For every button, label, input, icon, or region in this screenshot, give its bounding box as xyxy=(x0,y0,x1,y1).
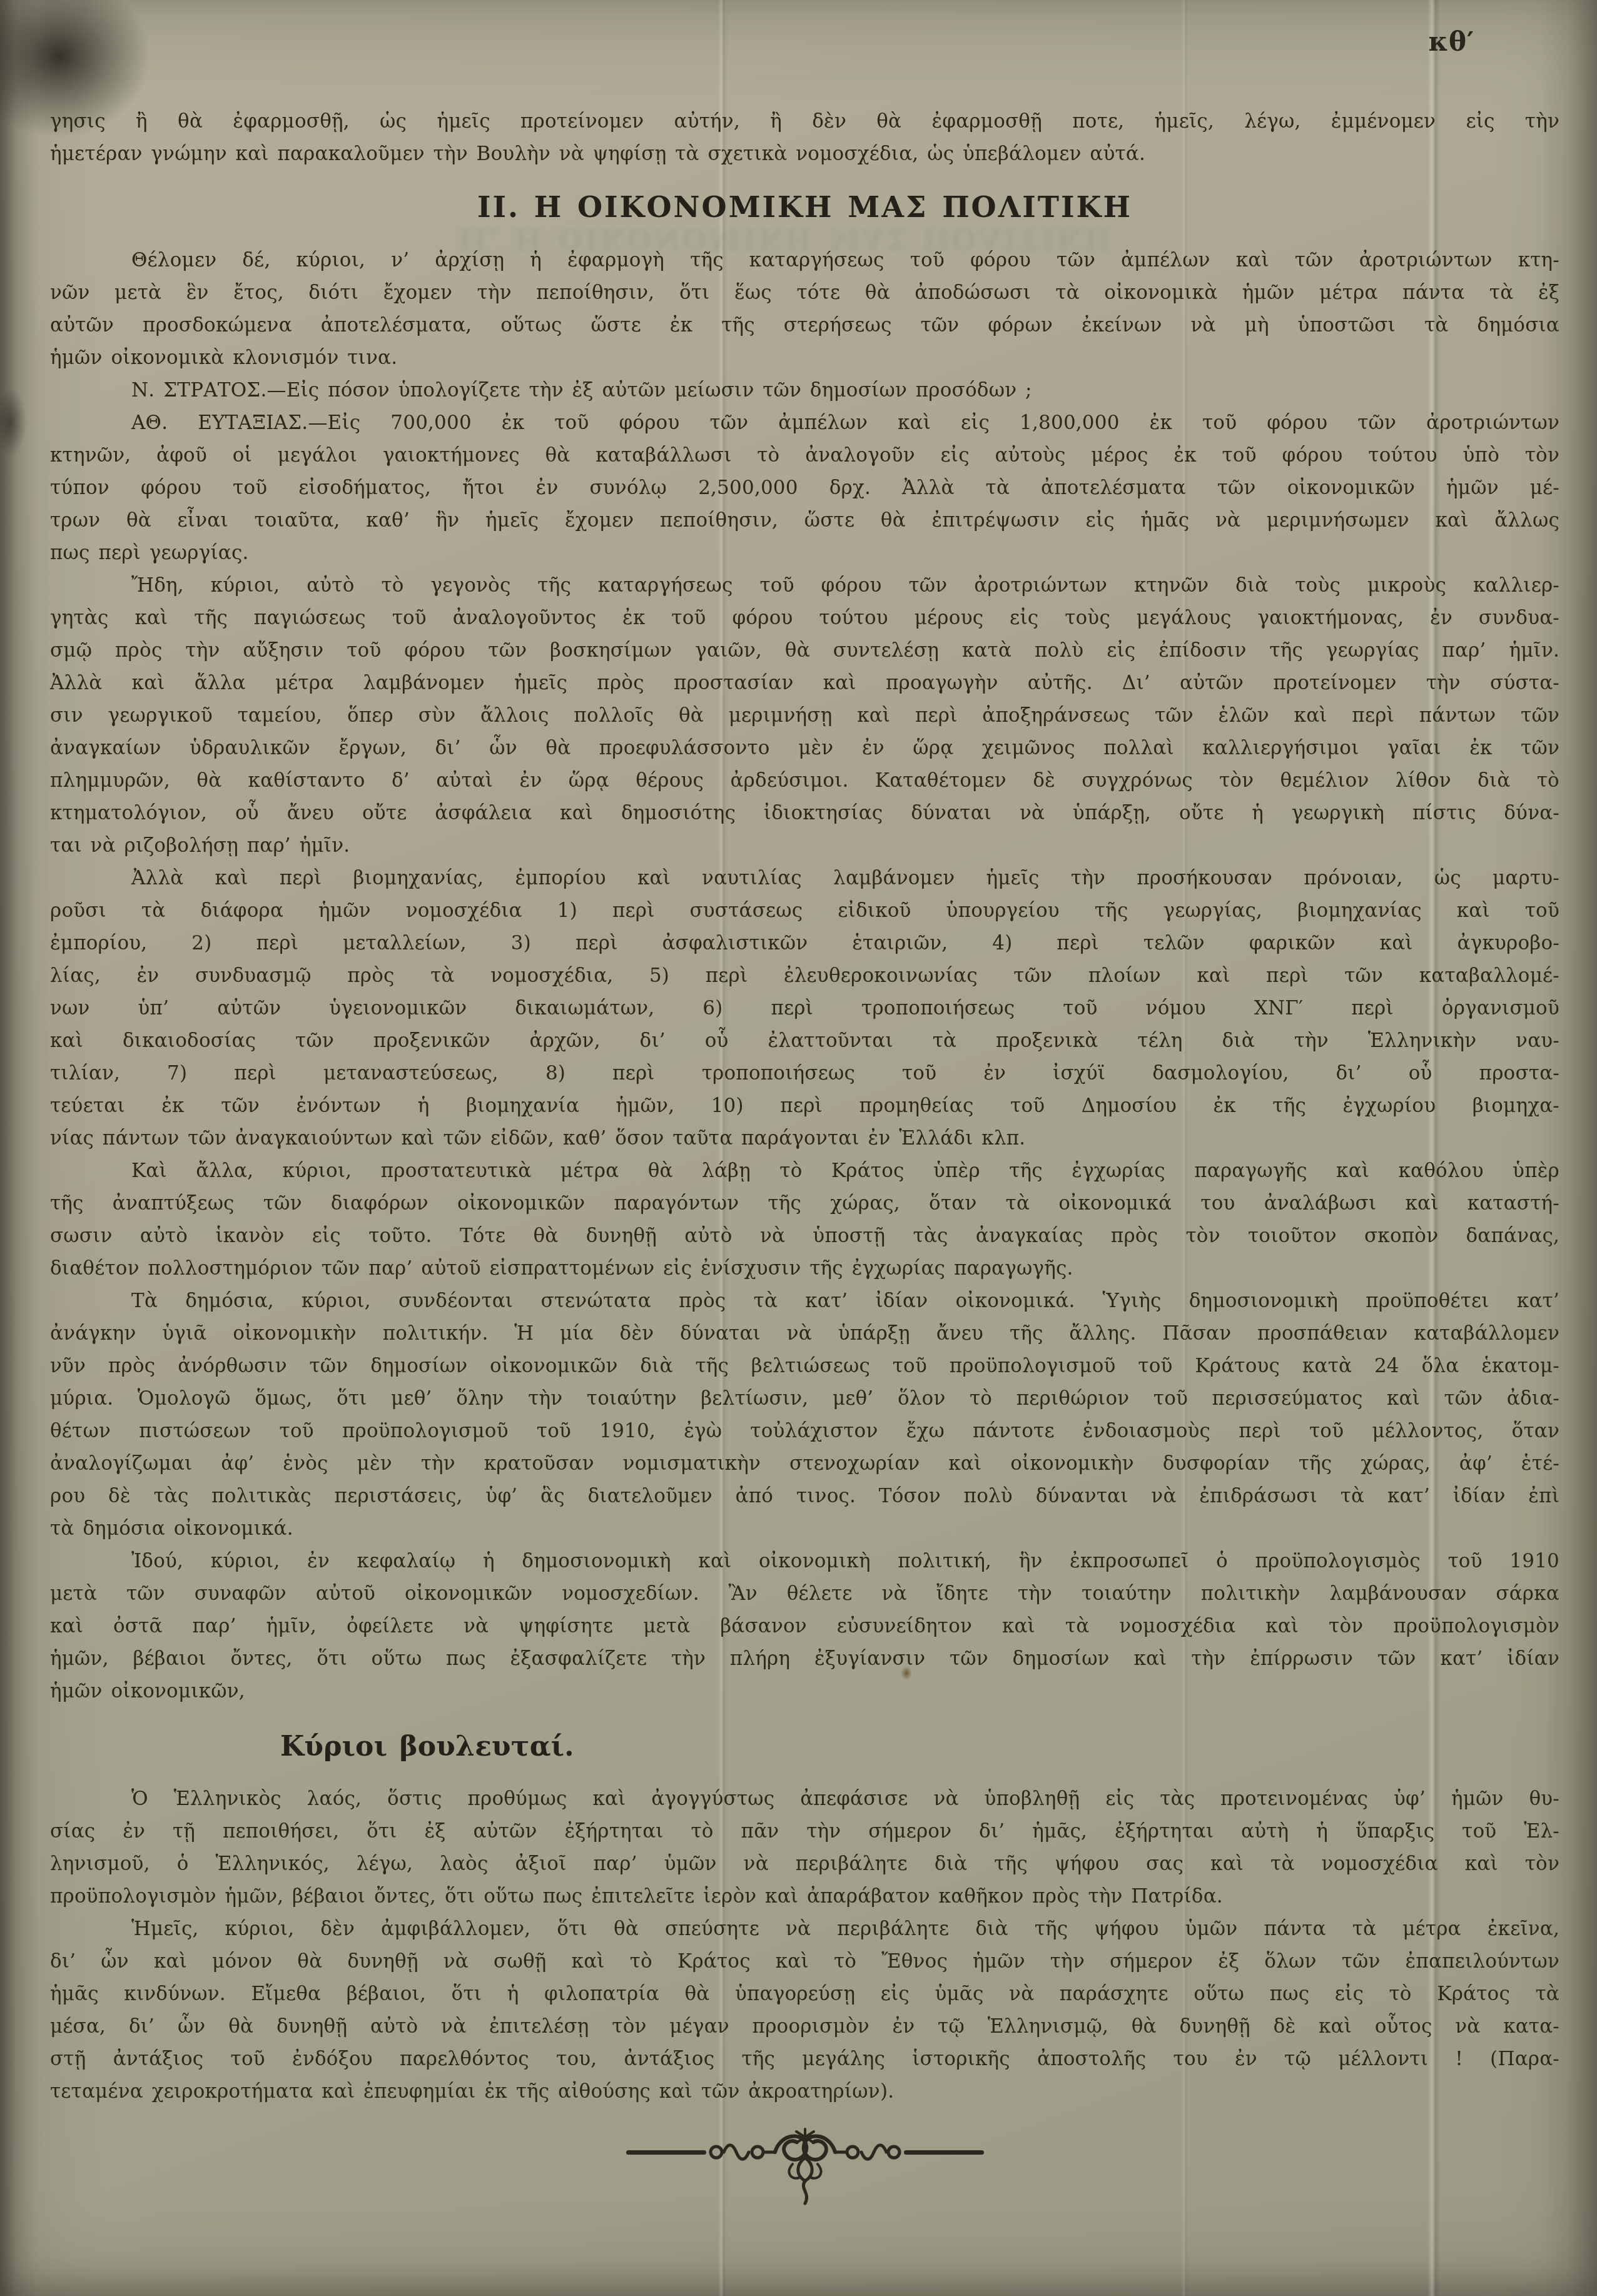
text-line: ται νὰ ριζοβολήσῃ παρ’ ἡμῖν. xyxy=(50,829,1559,862)
text-line: Καὶ ἄλλα, κύριοι, προστατευτικὰ μέτρα θὰ… xyxy=(50,1155,1559,1187)
text-line: ρου δὲ τὰς πολιτικὰς περιστάσεις, ὑφ’ ἃς… xyxy=(50,1480,1559,1512)
text-line: ληνισμοῦ, ὁ Ἑλληνικός, λέγω, λαὸς ἀξιοῖ … xyxy=(50,1848,1559,1880)
paragraph: Ἡμεῖς, κύριοι, δὲν ἀμφιβάλλομεν, ὅτι θὰ … xyxy=(50,1913,1559,2108)
divider-row xyxy=(50,2127,1559,2218)
text-line: καὶ δικαιοδοσίας τῶν προξενικῶν ἀρχῶν, δ… xyxy=(50,1024,1559,1057)
section-heading-wrap: ΙΙ. Η ΟΙΚΟΝΟΜΙΚΗ ΜΑΣ ΠΟΛΙΤΙΚΗΙΙ. Η ΟΙΚΟΝ… xyxy=(50,189,1559,230)
paragraph: Θέλομεν δέ, κύριοι, ν’ ἀρχίσῃ ἡ ἐφαρμογὴ… xyxy=(50,244,1559,374)
text-line: κτηνῶν, ἀφοῦ οἱ μεγάλοι γαιοκτήμονες θὰ … xyxy=(50,439,1559,472)
text-line: θέτων πιστώσεων τοῦ προϋπολογισμοῦ τοῦ 1… xyxy=(50,1415,1559,1447)
text-line: τρων θὰ εἶναι τοιαῦτα, καθ’ ἣν ἡμεῖς ἔχο… xyxy=(50,504,1559,537)
floral-divider-icon xyxy=(624,2127,986,2208)
text-line: διαθέτον πολλοστημόριον τῶν παρ’ αὐτοῦ ε… xyxy=(50,1252,1559,1285)
text-line: σωσιν αὐτὸ ἱκανὸν εἰς τοῦτο. Τότε θὰ δυν… xyxy=(50,1220,1559,1252)
text-line: Τὰ δημόσια, κύριοι, συνδέονται στενώτατα… xyxy=(50,1285,1559,1317)
text-block: γησις ἢ θὰ ἐφαρμοσθῇ, ὡς ἡμεῖς προτείνομ… xyxy=(50,105,1559,2218)
text-line: σμῷ πρὸς τὴν αὔξησιν τοῦ φόρου τῶν βοσκη… xyxy=(50,634,1559,667)
text-line: Ἰδού, κύριοι, ἐν κεφαλαίῳ ἡ δημοσιονομικ… xyxy=(50,1545,1559,1577)
page-number: κθ′ xyxy=(1428,26,1474,57)
text-line: Ἡμεῖς, κύριοι, δὲν ἀμφιβάλλομεν, ὅτι θὰ … xyxy=(50,1913,1559,1945)
paragraph: Ὁ Ἑλληνικὸς λαός, ὅστις προθύμως καὶ ἀγο… xyxy=(50,1783,1559,1913)
text-line: ἡμετέραν γνώμην καὶ παρακαλοῦμεν τὴν Βου… xyxy=(50,138,1559,170)
text-line: νῶν μετὰ ἓν ἔτος, διότι ἔχομεν τὴν πεποί… xyxy=(50,276,1559,309)
text-line: τεύεται ἐκ τῶν ἐνόντων ἡ βιομηχανία ἡμῶν… xyxy=(50,1090,1559,1122)
document-page: κθ′ γησις ἢ θὰ ἐφαρμοσθῇ, ὡς ἡμεῖς προτε… xyxy=(0,0,1597,2296)
text-line: δι’ ὧν καὶ μόνον θὰ δυνηθῇ νὰ σωθῇ καὶ τ… xyxy=(50,1945,1559,1978)
text-line: ΑΘ. ΕΥΤΑΞΙΑΣ.—Εἰς 700,000 ἐκ τοῦ φόρου τ… xyxy=(50,407,1559,439)
text-line: κτηματολόγιον, οὗ ἄνευ οὔτε ἀσφάλεια καὶ… xyxy=(50,797,1559,829)
paragraph: Τὰ δημόσια, κύριοι, συνδέονται στενώτατα… xyxy=(50,1285,1559,1545)
text-line: Θέλομεν δέ, κύριοι, ν’ ἀρχίσῃ ἡ ἐφαρμογὴ… xyxy=(50,244,1559,276)
text-line: ροῦσι τὰ διάφορα ἡμῶν νομοσχέδια 1) περὶ… xyxy=(50,894,1559,927)
text-line: νῦν πρὸς ἀνόρθωσιν τῶν δημοσίων οἰκονομι… xyxy=(50,1350,1559,1382)
text-line: στῇ ἀντάξιος τοῦ ἐνδόξου παρελθόντος του… xyxy=(50,2043,1559,2075)
text-line: νων ὑπ’ αὐτῶν ὑγειονομικῶν δικαιωμάτων, … xyxy=(50,992,1559,1024)
text-line: γησις ἢ θὰ ἐφαρμοσθῇ, ὡς ἡμεῖς προτείνομ… xyxy=(50,105,1559,138)
address-subheading: Κύριοι βουλευταί. xyxy=(280,1730,1559,1764)
text-line: Ὁ Ἑλληνικὸς λαός, ὅστις προθύμως καὶ ἀγο… xyxy=(50,1783,1559,1815)
paper-edge-left xyxy=(0,0,38,2296)
text-line: πλημμυρῶν, θὰ καθίσταντο δ’ αὐταὶ ἐν ὥρᾳ… xyxy=(50,764,1559,797)
text-line: νίας πάντων τῶν ἀναγκαιούντων καὶ τῶν εἰ… xyxy=(50,1122,1559,1155)
text-line: Ἤδη, κύριοι, αὐτὸ τὸ γεγονὸς τῆς καταργή… xyxy=(50,569,1559,602)
text-line: μετὰ τῶν συναφῶν αὐτοῦ οἰκονομικῶν νομοσ… xyxy=(50,1577,1559,1610)
text-line: τύπον φόρου τοῦ εἰσοδήματος, ἤτοι ἐν συν… xyxy=(50,472,1559,504)
text-line: προϋπολογισμὸν ἡμῶν, βέβαιοι ὄντες, ὅτι … xyxy=(50,1880,1559,1913)
text-line: τὰ δημόσια οἰκονομικά. xyxy=(50,1512,1559,1545)
text-line: ἀναγκαίων ὑδραυλικῶν ἔργων, δι’ ὧν θὰ πρ… xyxy=(50,732,1559,764)
text-line: ἐμπορίου, 2) περὶ μεταλλείων, 3) περὶ ἀσ… xyxy=(50,927,1559,959)
text-line: ἡμῶν οἰκονομικῶν, xyxy=(50,1675,1559,1707)
text-line: τεταμένα χειροκροτήματα καὶ ἐπευφημίαι ἐ… xyxy=(50,2075,1559,2108)
text-line: τιλίαν, 7) περὶ μεταναστεύσεως, 8) περὶ … xyxy=(50,1057,1559,1090)
text-line: καὶ ὀστᾶ παρ’ ἡμῖν, ὀφείλετε νὰ ψηφίσητε… xyxy=(50,1610,1559,1642)
text-line: αὐτῶν προσδοκώμενα ἀποτελέσματα, οὕτως ὥ… xyxy=(50,309,1559,341)
section-heading: ΙΙ. Η ΟΙΚΟΝΟΜΙΚΗ ΜΑΣ ΠΟΛΙΤΙΚΗ xyxy=(50,189,1559,225)
text-line: σίας ἐν τῇ πεποιθήσει, ὅτι ἐξ αὐτῶν ἐξήρ… xyxy=(50,1815,1559,1848)
text-line: ἡμῶν οἰκονομικὰ κλονισμόν τινα. xyxy=(50,341,1559,374)
text-line: λίας, ἐν συνδυασμῷ πρὸς τὰ νομοσχέδια, 5… xyxy=(50,959,1559,992)
paper-stain xyxy=(0,388,26,457)
paragraph: Ν. ΣΤΡΑΤΟΣ.—Εἰς πόσον ὑπολογίζετε τὴν ἐξ… xyxy=(50,374,1559,407)
continuation-paragraph: γησις ἢ θὰ ἐφαρμοσθῇ, ὡς ἡμεῖς προτείνομ… xyxy=(50,105,1559,170)
text-line: ἡμῶν, βέβαιοι ὄντες, ὅτι οὕτω πως ἐξασφα… xyxy=(50,1642,1559,1675)
text-line: πως περὶ γεωργίας. xyxy=(50,537,1559,569)
paragraph: Ἰδού, κύριοι, ἐν κεφαλαίῳ ἡ δημοσιονομικ… xyxy=(50,1545,1559,1707)
text-line: Ἀλλὰ καὶ ἄλλα μέτρα λαμβάνομεν ἡμεῖς πρὸ… xyxy=(50,667,1559,699)
text-line: τῆς ἀναπτύξεως τῶν διαφόρων οἰκονομικῶν … xyxy=(50,1187,1559,1220)
text-line: μύρια. Ὁμολογῶ ὅμως, ὅτι μεθ’ ὅλην τὴν τ… xyxy=(50,1382,1559,1415)
text-line: μέσα, δι’ ὧν θὰ δυνηθῇ αὐτὸ νὰ ἐπιτελέσῃ… xyxy=(50,2010,1559,2043)
text-line: ἀναλογίζωμαι ἀφ’ ἑνὸς μὲν τὴν κρατοῦσαν … xyxy=(50,1447,1559,1480)
text-line: σιν γεωργικοῦ ταμείου, ὅπερ σὺν ἄλλοις π… xyxy=(50,699,1559,732)
paragraph: Ἤδη, κύριοι, αὐτὸ τὸ γεγονὸς τῆς καταργή… xyxy=(50,569,1559,862)
paragraph: Καὶ ἄλλα, κύριοι, προστατευτικὰ μέτρα θὰ… xyxy=(50,1155,1559,1285)
paragraph: Ἀλλὰ καὶ περὶ βιομηχανίας, ἐμπορίου καὶ … xyxy=(50,862,1559,1155)
text-line: Ἀλλὰ καὶ περὶ βιομηχανίας, ἐμπορίου καὶ … xyxy=(50,862,1559,894)
paragraph: ΑΘ. ΕΥΤΑΞΙΑΣ.—Εἰς 700,000 ἐκ τοῦ φόρου τ… xyxy=(50,407,1559,569)
text-line: Ν. ΣΤΡΑΤΟΣ.—Εἰς πόσον ὑπολογίζετε τὴν ἐξ… xyxy=(50,374,1559,407)
text-line: γητὰς καὶ τῆς παγιώσεως τοῦ ἀναλογοῦντος… xyxy=(50,602,1559,634)
text-line: ἀνάγκην ὑγιᾶ οἰκονομικὴν πολιτικήν. Ἡ μί… xyxy=(50,1317,1559,1350)
text-line: ἡμᾶς κινδύνων. Εἴμεθα βέβαιοι, ὅτι ἡ φιλ… xyxy=(50,1978,1559,2010)
